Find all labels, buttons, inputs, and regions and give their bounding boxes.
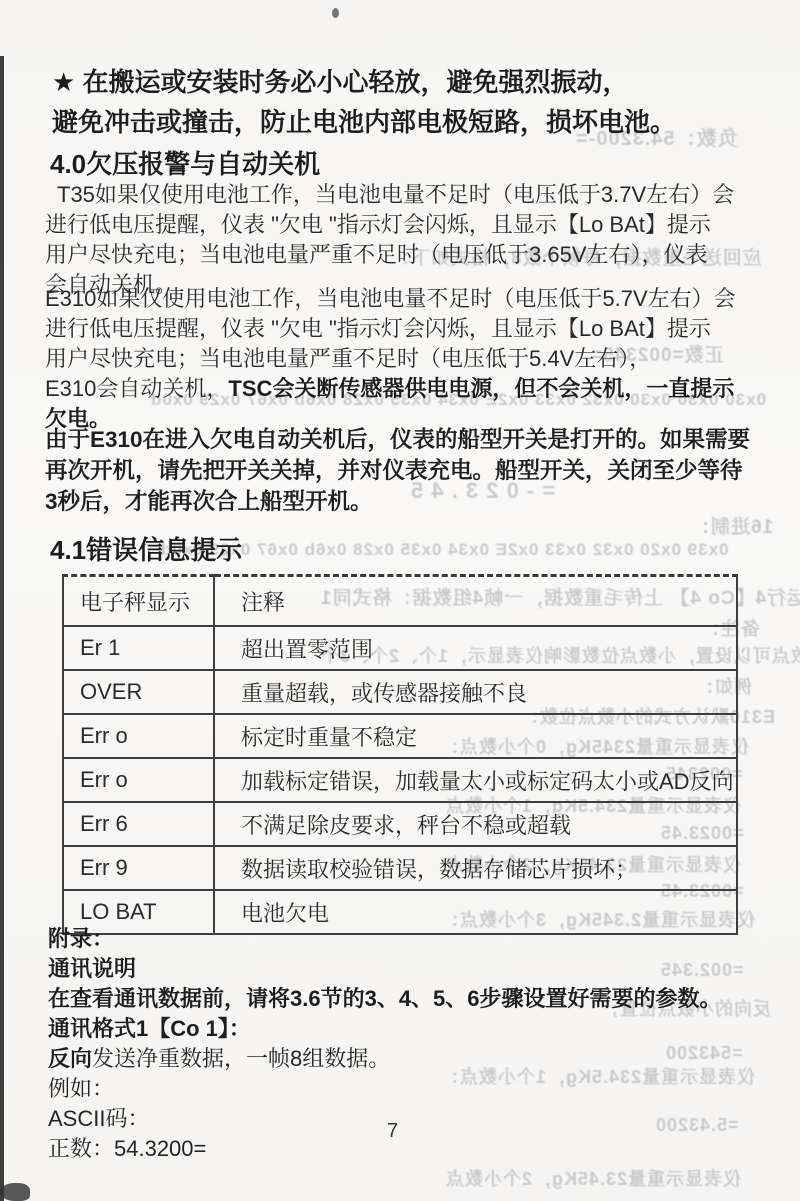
table-header-row: 电子秤显示 注释 xyxy=(63,576,737,627)
error-code-cell: Err 9 xyxy=(63,846,214,890)
paragraph-line: E310如果仅使用电池工作，当电池电量不足时（电压低于5.7V左右）会 xyxy=(45,284,736,314)
e310-shutdown-bold: TSC会关断传感器供电电源，但不会关机，一直提示 xyxy=(228,376,734,401)
table-row: Err o 加载标定错误，加载量太小或标定码太小或AD反向 xyxy=(63,758,737,802)
comm-note: 在查看通讯数据前，请将3.6节的3、4、5、6步骤设置好需要的参数。 xyxy=(48,984,722,1014)
positive-example: 正数：54.3200= xyxy=(48,1134,722,1164)
error-code-cell: Err o xyxy=(63,714,214,758)
error-desc-cell: 不满足除皮要求，秤台不稳或超载 xyxy=(214,802,737,846)
t35-paragraph: T35如果仅使用电池工作，当电池电量不足时（电压低于3.7V左右）会 进行低电压… xyxy=(45,180,734,300)
error-table: 电子秤显示 注释 Er 1 超出置零范围 OVER 重量超载，或传感器接触不良 … xyxy=(62,574,738,935)
error-code-cell: Err 6 xyxy=(63,802,214,846)
table-row: Err 6 不满足除皮要求，秤台不稳或超载 xyxy=(63,802,737,846)
section-4-1-heading: 4.1错误信息提示 xyxy=(50,530,242,567)
scan-bottom-left-smudge xyxy=(0,1183,30,1201)
error-code-cell: Err o xyxy=(63,758,214,802)
table-row: Err 9 数据读取校验错误，数据存储芯片损坏； xyxy=(63,846,737,890)
e310-paragraph: E310如果仅使用电池工作，当电池电量不足时（电压低于5.7V左右）会 进行低电… xyxy=(45,284,736,434)
ascii-label: ASCII码： xyxy=(48,1104,722,1134)
header-note-cell: 注释 xyxy=(214,576,737,627)
paragraph-line: 进行低电压提醒，仪表 "欠电 "指示灯会闪烁，且显示【Lo BAt】提示 xyxy=(45,314,736,344)
warning-line: ★ 在搬运或安装时务必小心轻放，避免强烈振动， xyxy=(52,62,676,102)
table-row: Err o 标定时重量不稳定 xyxy=(63,714,737,758)
handling-warning: ★ 在搬运或安装时务必小心轻放，避免强烈振动， 避免冲击或撞击，防止电池内部电极… xyxy=(52,62,676,142)
appendix-title: 附录： xyxy=(48,924,722,954)
example-label: 例如： xyxy=(48,1074,722,1104)
error-code-cell: OVER xyxy=(63,670,214,714)
appendix: 附录： 通讯说明 在查看通讯数据前，请将3.6节的3、4、5、6步骤设置好需要的… xyxy=(48,924,722,1164)
warning-line: 避免冲击或撞击，防止电池内部电极短路，损坏电池。 xyxy=(52,102,676,142)
error-desc-cell: 标定时重量不稳定 xyxy=(214,714,737,758)
paragraph-line: 3秒后，才能再次合上船型开机。 xyxy=(45,486,750,517)
scanned-manual-page: 负数：54.3200-=应回送毛重数据，每帧个数8，格式如下：正数=002345… xyxy=(0,0,800,1201)
error-desc-cell: 数据读取校验错误，数据存储芯片损坏； xyxy=(214,846,737,890)
paragraph-line: 用户尽快充电；当电池电量严重不足时（电压低于5.4V左右）， xyxy=(45,344,736,374)
table-row: OVER 重量超载，或传感器接触不良 xyxy=(63,670,737,714)
paragraph-line: 用户尽快充电；当电池电量严重不足时（电压低于3.65V左右），仪表 xyxy=(45,240,734,270)
paragraph-line: 再次开机，请先把开关关掉，并对仪表充电。船型开关，关闭至少等待 xyxy=(45,455,750,486)
error-desc-cell: 超出置零范围 xyxy=(214,626,737,670)
format1-heading: 通讯格式1【Co 1】： xyxy=(48,1014,722,1044)
paragraph-line: 由于E310在进入欠电自动关机后，仪表的船型开关是打开的。如果需要 xyxy=(45,424,750,455)
format1-desc-bold: 反向 xyxy=(48,1046,92,1071)
paragraph-line: E310会自动关机，TSC会关断传感器供电电源，但不会关机，一直提示 xyxy=(45,374,736,404)
format1-desc-rest: 发送净重数据，一帧8组数据。 xyxy=(92,1046,390,1071)
scan-ink-speck xyxy=(332,8,339,18)
error-desc-cell: 加载标定错误，加载量太小或标定码太小或AD反向 xyxy=(214,758,737,802)
header-display-cell: 电子秤显示 xyxy=(63,576,214,627)
comm-heading: 通讯说明 xyxy=(48,954,722,984)
table-row: Er 1 超出置零范围 xyxy=(63,626,737,670)
e310-shutdown-prefix: E310会自动关机， xyxy=(45,376,228,401)
page-number: 7 xyxy=(387,1120,398,1143)
format1-desc: 反向发送净重数据，一帧8组数据。 xyxy=(48,1044,722,1074)
error-desc-cell: 重量超载，或传感器接触不良 xyxy=(214,670,737,714)
error-code-cell: Er 1 xyxy=(63,626,214,670)
section-4-0-heading: 4.0欠压报警与自动关机 xyxy=(50,144,320,181)
boat-switch-paragraph: 由于E310在进入欠电自动关机后，仪表的船型开关是打开的。如果需要 再次开机，请… xyxy=(45,424,750,517)
scan-left-edge-shadow xyxy=(0,56,4,1201)
paragraph-line: 进行低电压提醒，仪表 "欠电 "指示灯会闪烁，且显示【Lo BAt】提示 xyxy=(45,210,734,240)
paragraph-line: T35如果仅使用电池工作，当电池电量不足时（电压低于3.7V左右）会 xyxy=(45,180,734,210)
